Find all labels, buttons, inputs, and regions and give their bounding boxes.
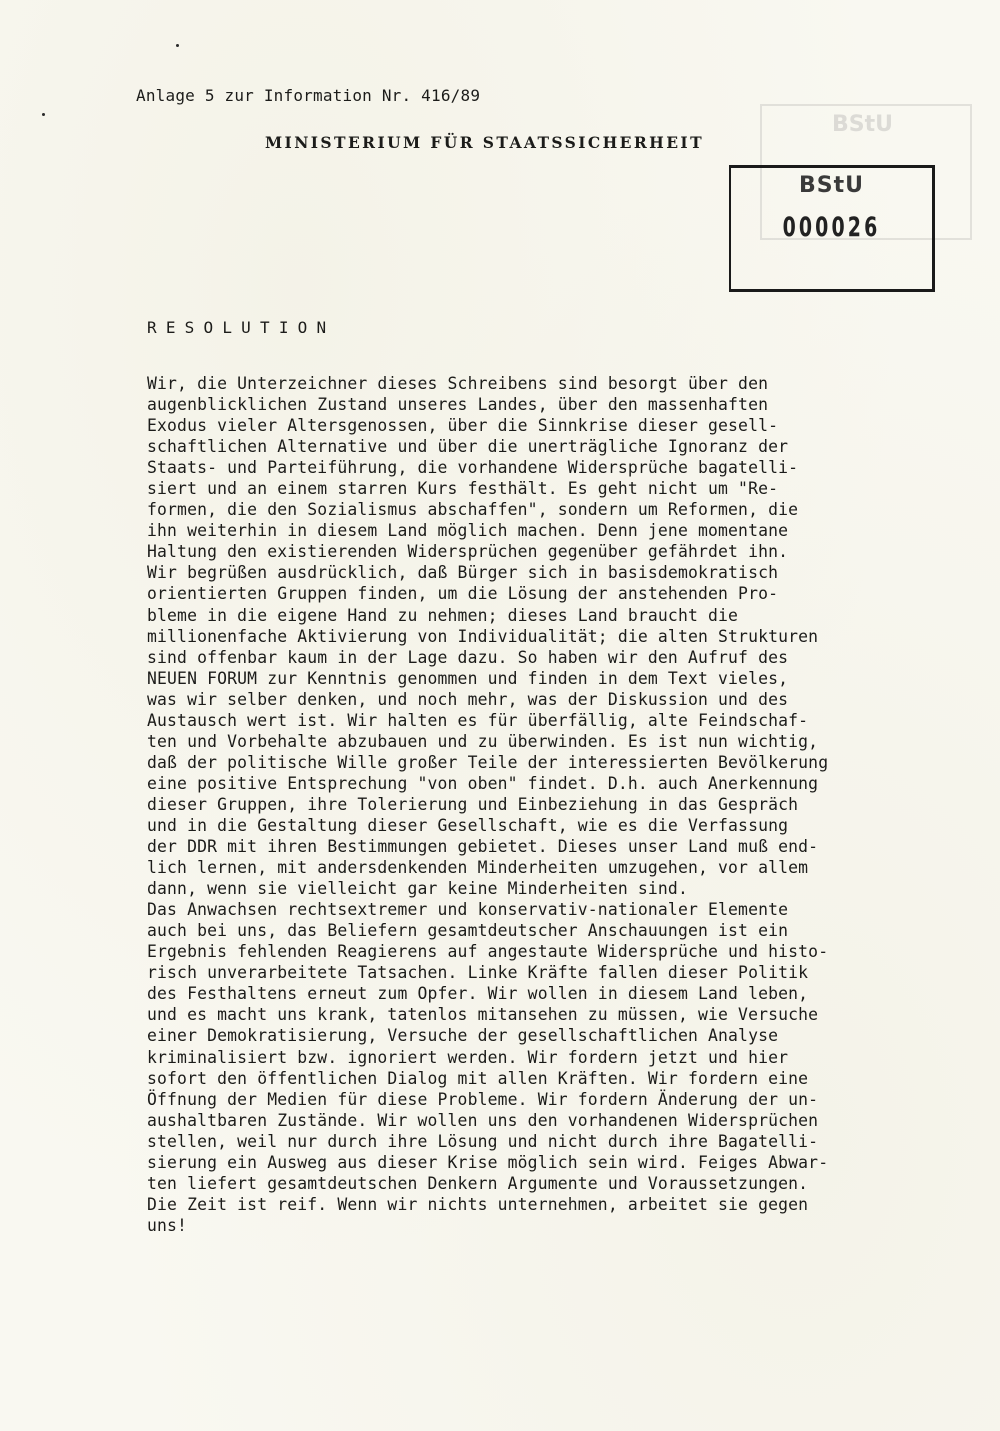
body-line: stellen, weil nur durch ihre Lösung und …	[147, 1131, 977, 1152]
body-line: sofort den öffentlichen Dialog mit allen…	[147, 1068, 977, 1089]
body-line: Austausch wert ist. Wir halten es für üb…	[147, 710, 977, 731]
body-line: formen, die den Sozialismus abschaffen",…	[147, 499, 977, 520]
body-line: Öffnung der Medien für diese Probleme. W…	[147, 1089, 977, 1110]
stamp-number: 000026	[753, 212, 910, 243]
body-line: des Festhaltens erneut zum Opfer. Wir wo…	[147, 983, 977, 1004]
body-line: Staats- und Parteiführung, die vorhanden…	[147, 457, 977, 478]
body-line: aushaltbaren Zustände. Wir wollen uns de…	[147, 1110, 977, 1131]
paper-speck	[42, 113, 45, 116]
body-line: Die Zeit ist reif. Wenn wir nichts unter…	[147, 1194, 977, 1215]
body-line: Wir begrüßen ausdrücklich, daß Bürger si…	[147, 562, 977, 583]
stamp-org: BStU	[731, 173, 932, 198]
body-line: millionenfache Aktivierung von Individua…	[147, 626, 977, 647]
body-line: ihn weiterhin in diesem Land möglich mac…	[147, 520, 977, 541]
annex-reference: Anlage 5 zur Information Nr. 416/89	[136, 86, 480, 105]
body-line: Wir, die Unterzeichner dieses Schreibens…	[147, 373, 977, 394]
body-line: und in die Gestaltung dieser Gesellschaf…	[147, 815, 977, 836]
body-line: uns!	[147, 1215, 977, 1236]
body-line: was wir selber denken, und noch mehr, wa…	[147, 689, 977, 710]
body-line: orientierten Gruppen finden, um die Lösu…	[147, 583, 977, 604]
body-line: auch bei uns, das Beliefern gesamtdeutsc…	[147, 920, 977, 941]
body-line: dann, wenn sie vielleicht gar keine Mind…	[147, 878, 977, 899]
body-line: ten und Vorbehalte abzubauen und zu über…	[147, 731, 977, 752]
body-line: Ergebnis fehlenden Reagierens auf angest…	[147, 941, 977, 962]
body-line: eine positive Entsprechung "von oben" fi…	[147, 773, 977, 794]
ministry-heading: MINISTERIUM FÜR STAATSSICHERHEIT	[265, 133, 704, 152]
body-line: und es macht uns krank, tatenlos mitanse…	[147, 1004, 977, 1025]
body-line: Das Anwachsen rechtsextremer und konserv…	[147, 899, 977, 920]
body-line: lich lernen, mit andersdenkenden Minderh…	[147, 857, 977, 878]
body-line: sind offenbar kaum in der Lage dazu. So …	[147, 647, 977, 668]
body-line: sierung ein Ausweg aus dieser Krise mögl…	[147, 1152, 977, 1173]
body-line: NEUEN FORUM zur Kenntnis genommen und fi…	[147, 668, 977, 689]
body-line: daß der politische Wille großer Teile de…	[147, 752, 977, 773]
body-line: schaftlichen Alternative und über die un…	[147, 436, 977, 457]
bleed-through-stamp-org: BStU	[832, 112, 893, 137]
archive-stamp: BStU 000026	[729, 165, 935, 292]
body-line: Exodus vieler Altersgenossen, über die S…	[147, 415, 977, 436]
body-line: bleme in die eigene Hand zu nehmen; dies…	[147, 605, 977, 626]
body-line: kriminalisiert bzw. ignoriert werden. Wi…	[147, 1047, 977, 1068]
body-line: Haltung den existierenden Widersprüchen …	[147, 541, 977, 562]
document-title: RESOLUTION	[147, 318, 335, 337]
body-line: dieser Gruppen, ihre Tolerierung und Ein…	[147, 794, 977, 815]
body-line: ten liefert gesamtdeutschen Denkern Argu…	[147, 1173, 977, 1194]
body-line: risch unverarbeitete Tatsachen. Linke Kr…	[147, 962, 977, 983]
body-line: einer Demokratisierung, Versuche der ges…	[147, 1025, 977, 1046]
body-line: siert und an einem starren Kurs festhält…	[147, 478, 977, 499]
resolution-body: Wir, die Unterzeichner dieses Schreibens…	[147, 373, 977, 1236]
body-line: augenblicklichen Zustand unseres Landes,…	[147, 394, 977, 415]
paper-speck	[176, 44, 179, 47]
document-page: BStU Anlage 5 zur Information Nr. 416/89…	[0, 0, 1000, 1431]
body-line: der DDR mit ihren Bestimmungen gebietet.…	[147, 836, 977, 857]
